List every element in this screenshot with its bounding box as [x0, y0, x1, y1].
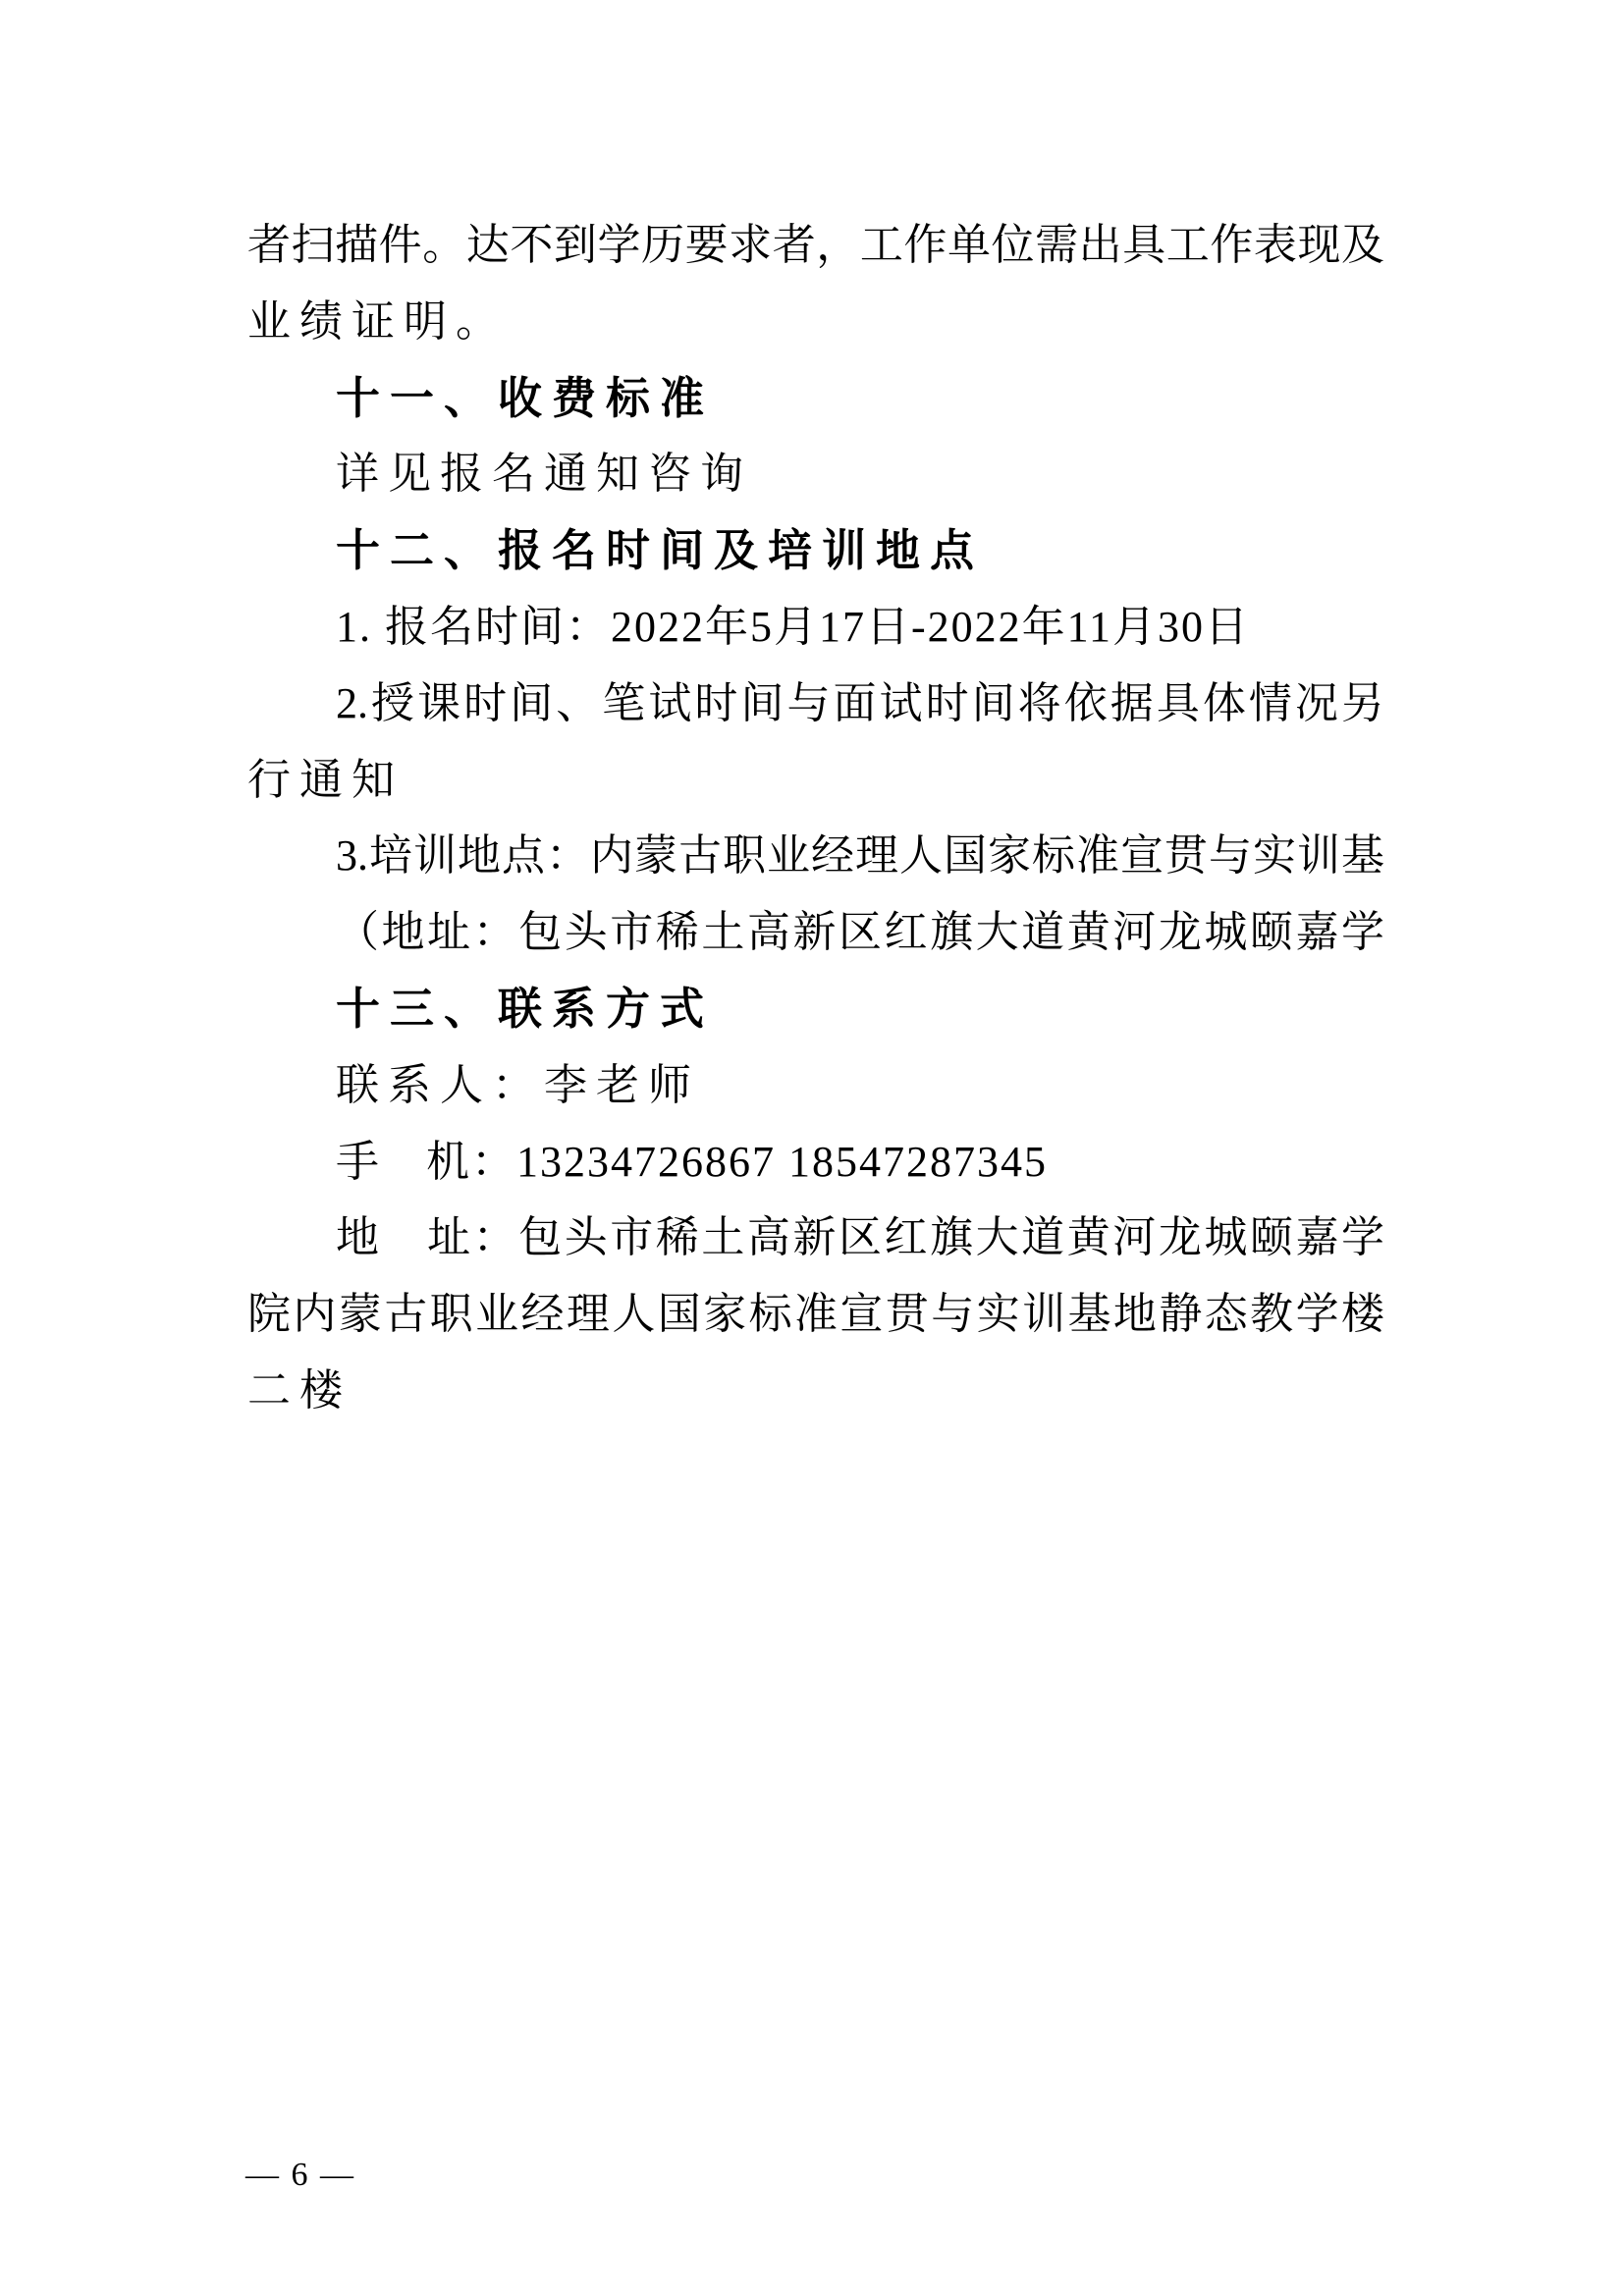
line-address-3: 二楼	[247, 1353, 1384, 1429]
line-class-time: 2.授课时间、笔试时间与面试时间将依据具体情况另	[247, 666, 1384, 742]
line-fee-details: 详见报名通知咨询	[247, 436, 1384, 512]
heading-section-thirteen-contact: 十三、联系方式	[247, 971, 1384, 1047]
line-degree-requirement-cont: 者扫描件。达不到学历要求者，工作单位需出具工作表现及	[247, 207, 1384, 284]
line-training-location: 3.培训地点：内蒙古职业经理人国家标准宣贯与实训基地	[247, 818, 1384, 894]
line-phone-numbers: 手 机：13234726867 18547287345	[247, 1124, 1384, 1201]
heading-section-eleven-fees: 十一、收费标准	[247, 360, 1384, 437]
line-registration-time: 1. 报名时间：2022年5月17日-2022年11月30日	[247, 589, 1384, 666]
line-training-address: （地址：包头市稀土高新区红旗大道黄河龙城颐嘉学院）	[247, 894, 1384, 971]
heading-section-twelve-schedule: 十二、报名时间及培训地点	[247, 512, 1384, 589]
line-class-time-cont: 行通知	[247, 742, 1384, 819]
line-address-1: 地 址：包头市稀土高新区红旗大道黄河龙城颐嘉学	[247, 1200, 1384, 1276]
page-number: — 6 —	[245, 2156, 355, 2195]
document-page: 者扫描件。达不到学历要求者，工作单位需出具工作表现及 业绩证明。 十一、收费标准…	[0, 0, 1624, 2296]
line-address-2: 院内蒙古职业经理人国家标准宣贯与实训基地静态教学楼	[247, 1276, 1384, 1353]
line-contact-person: 联系人：李老师	[247, 1047, 1384, 1124]
line-performance-proof: 业绩证明。	[247, 284, 1384, 360]
document-body: 者扫描件。达不到学历要求者，工作单位需出具工作表现及 业绩证明。 十一、收费标准…	[247, 207, 1384, 1429]
